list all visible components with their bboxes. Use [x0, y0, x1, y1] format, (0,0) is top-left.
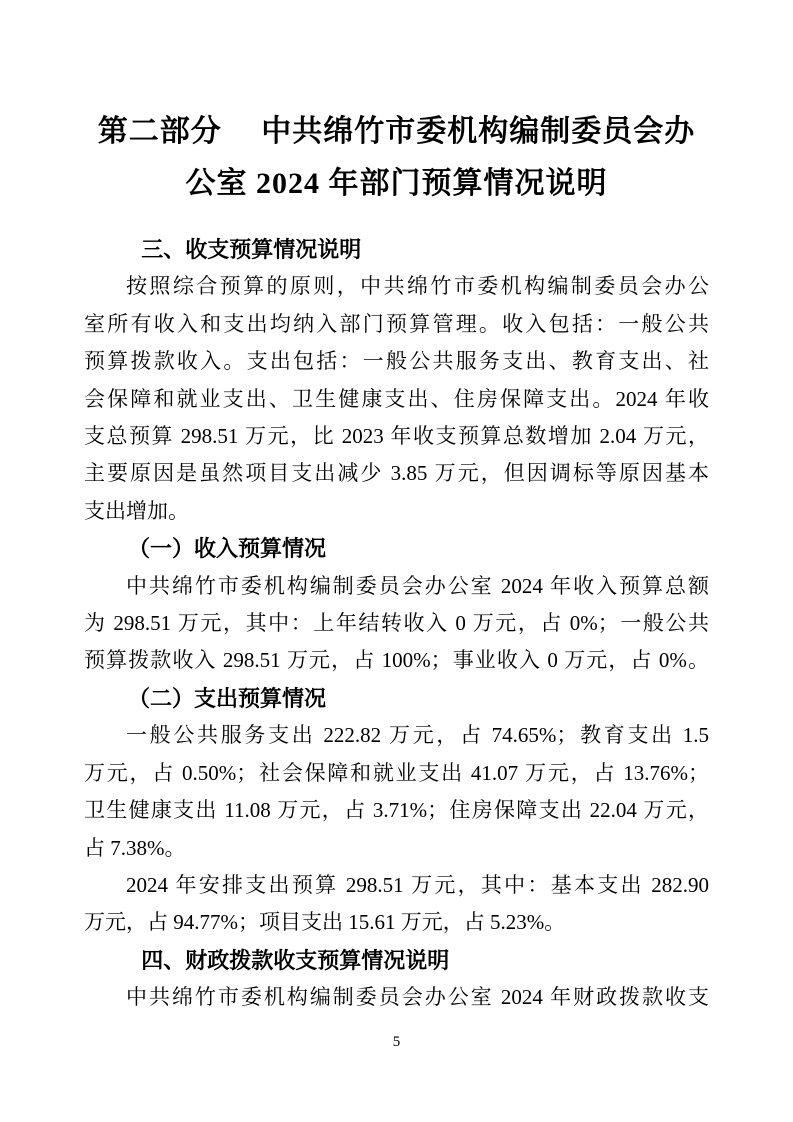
document-body: 三、收支预算情况说明 按照综合预算的原则，中共绵竹市委机构编制委员会办公 室所有… — [84, 231, 709, 1017]
paragraph-line: 主要原因是虽然项目支出减少 3.85 万元，但因调标等原因基本 — [84, 455, 709, 492]
paragraph-line: 预算拨款收入。支出包括：一般公共服务支出、教育支出、社 — [84, 343, 709, 380]
paragraph-line: 预算拨款收入 298.51 万元，占 100%；事业收入 0 万元，占 0%。 — [84, 642, 709, 679]
paragraph-line: 万元，占 0.50%；社会保障和就业支出 41.07 万元，占 13.76%； — [84, 755, 709, 792]
paragraph-line: 支出增加。 — [84, 493, 709, 530]
paragraph-line: 中共绵竹市委机构编制委员会办公室 2024 年财政拨款收支 — [84, 979, 709, 1016]
section-heading-income-expenditure: 三、收支预算情况说明 — [84, 231, 709, 268]
title-line-2: 公室 2024 年部门预算情况说明 — [0, 158, 793, 210]
page-number: 5 — [0, 1034, 793, 1051]
document-title: 第二部分 中共绵竹市委机构编制委员会办 公室 2024 年部门预算情况说明 — [0, 0, 793, 210]
document-page: 第二部分 中共绵竹市委机构编制委员会办 公室 2024 年部门预算情况说明 三、… — [0, 0, 793, 1122]
subsection-heading-income: （一）收入预算情况 — [84, 530, 709, 567]
paragraph-line: 一般公共服务支出 222.82 万元，占 74.65%；教育支出 1.5 — [84, 717, 709, 754]
paragraph-line: 占 7.38%。 — [84, 830, 709, 867]
paragraph-line: 卫生健康支出 11.08 万元，占 3.71%；住房保障支出 22.04 万元， — [84, 792, 709, 829]
paragraph-line: 中共绵竹市委机构编制委员会办公室 2024 年收入预算总额 — [84, 568, 709, 605]
paragraph-line: 2024 年安排支出预算 298.51 万元，其中：基本支出 282.90 — [84, 867, 709, 904]
paragraph-line: 万元，占 94.77%；项目支出 15.61 万元，占 5.23%。 — [84, 904, 709, 941]
paragraph-line: 按照综合预算的原则，中共绵竹市委机构编制委员会办公 — [84, 268, 709, 305]
title-line-1: 第二部分 中共绵竹市委机构编制委员会办 — [0, 106, 793, 158]
paragraph-line: 会保障和就业支出、卫生健康支出、住房保障支出。2024 年收 — [84, 381, 709, 418]
section-heading-fiscal-appropriation: 四、财政拨款收支预算情况说明 — [84, 942, 709, 979]
paragraph-line: 为 298.51 万元，其中：上年结转收入 0 万元，占 0%；一般公共 — [84, 605, 709, 642]
paragraph-line: 支总预算 298.51 万元，比 2023 年收支预算总数增加 2.04 万元， — [84, 418, 709, 455]
subsection-heading-expenditure: （二）支出预算情况 — [84, 680, 709, 717]
paragraph-line: 室所有收入和支出均纳入部门预算管理。收入包括：一般公共 — [84, 306, 709, 343]
